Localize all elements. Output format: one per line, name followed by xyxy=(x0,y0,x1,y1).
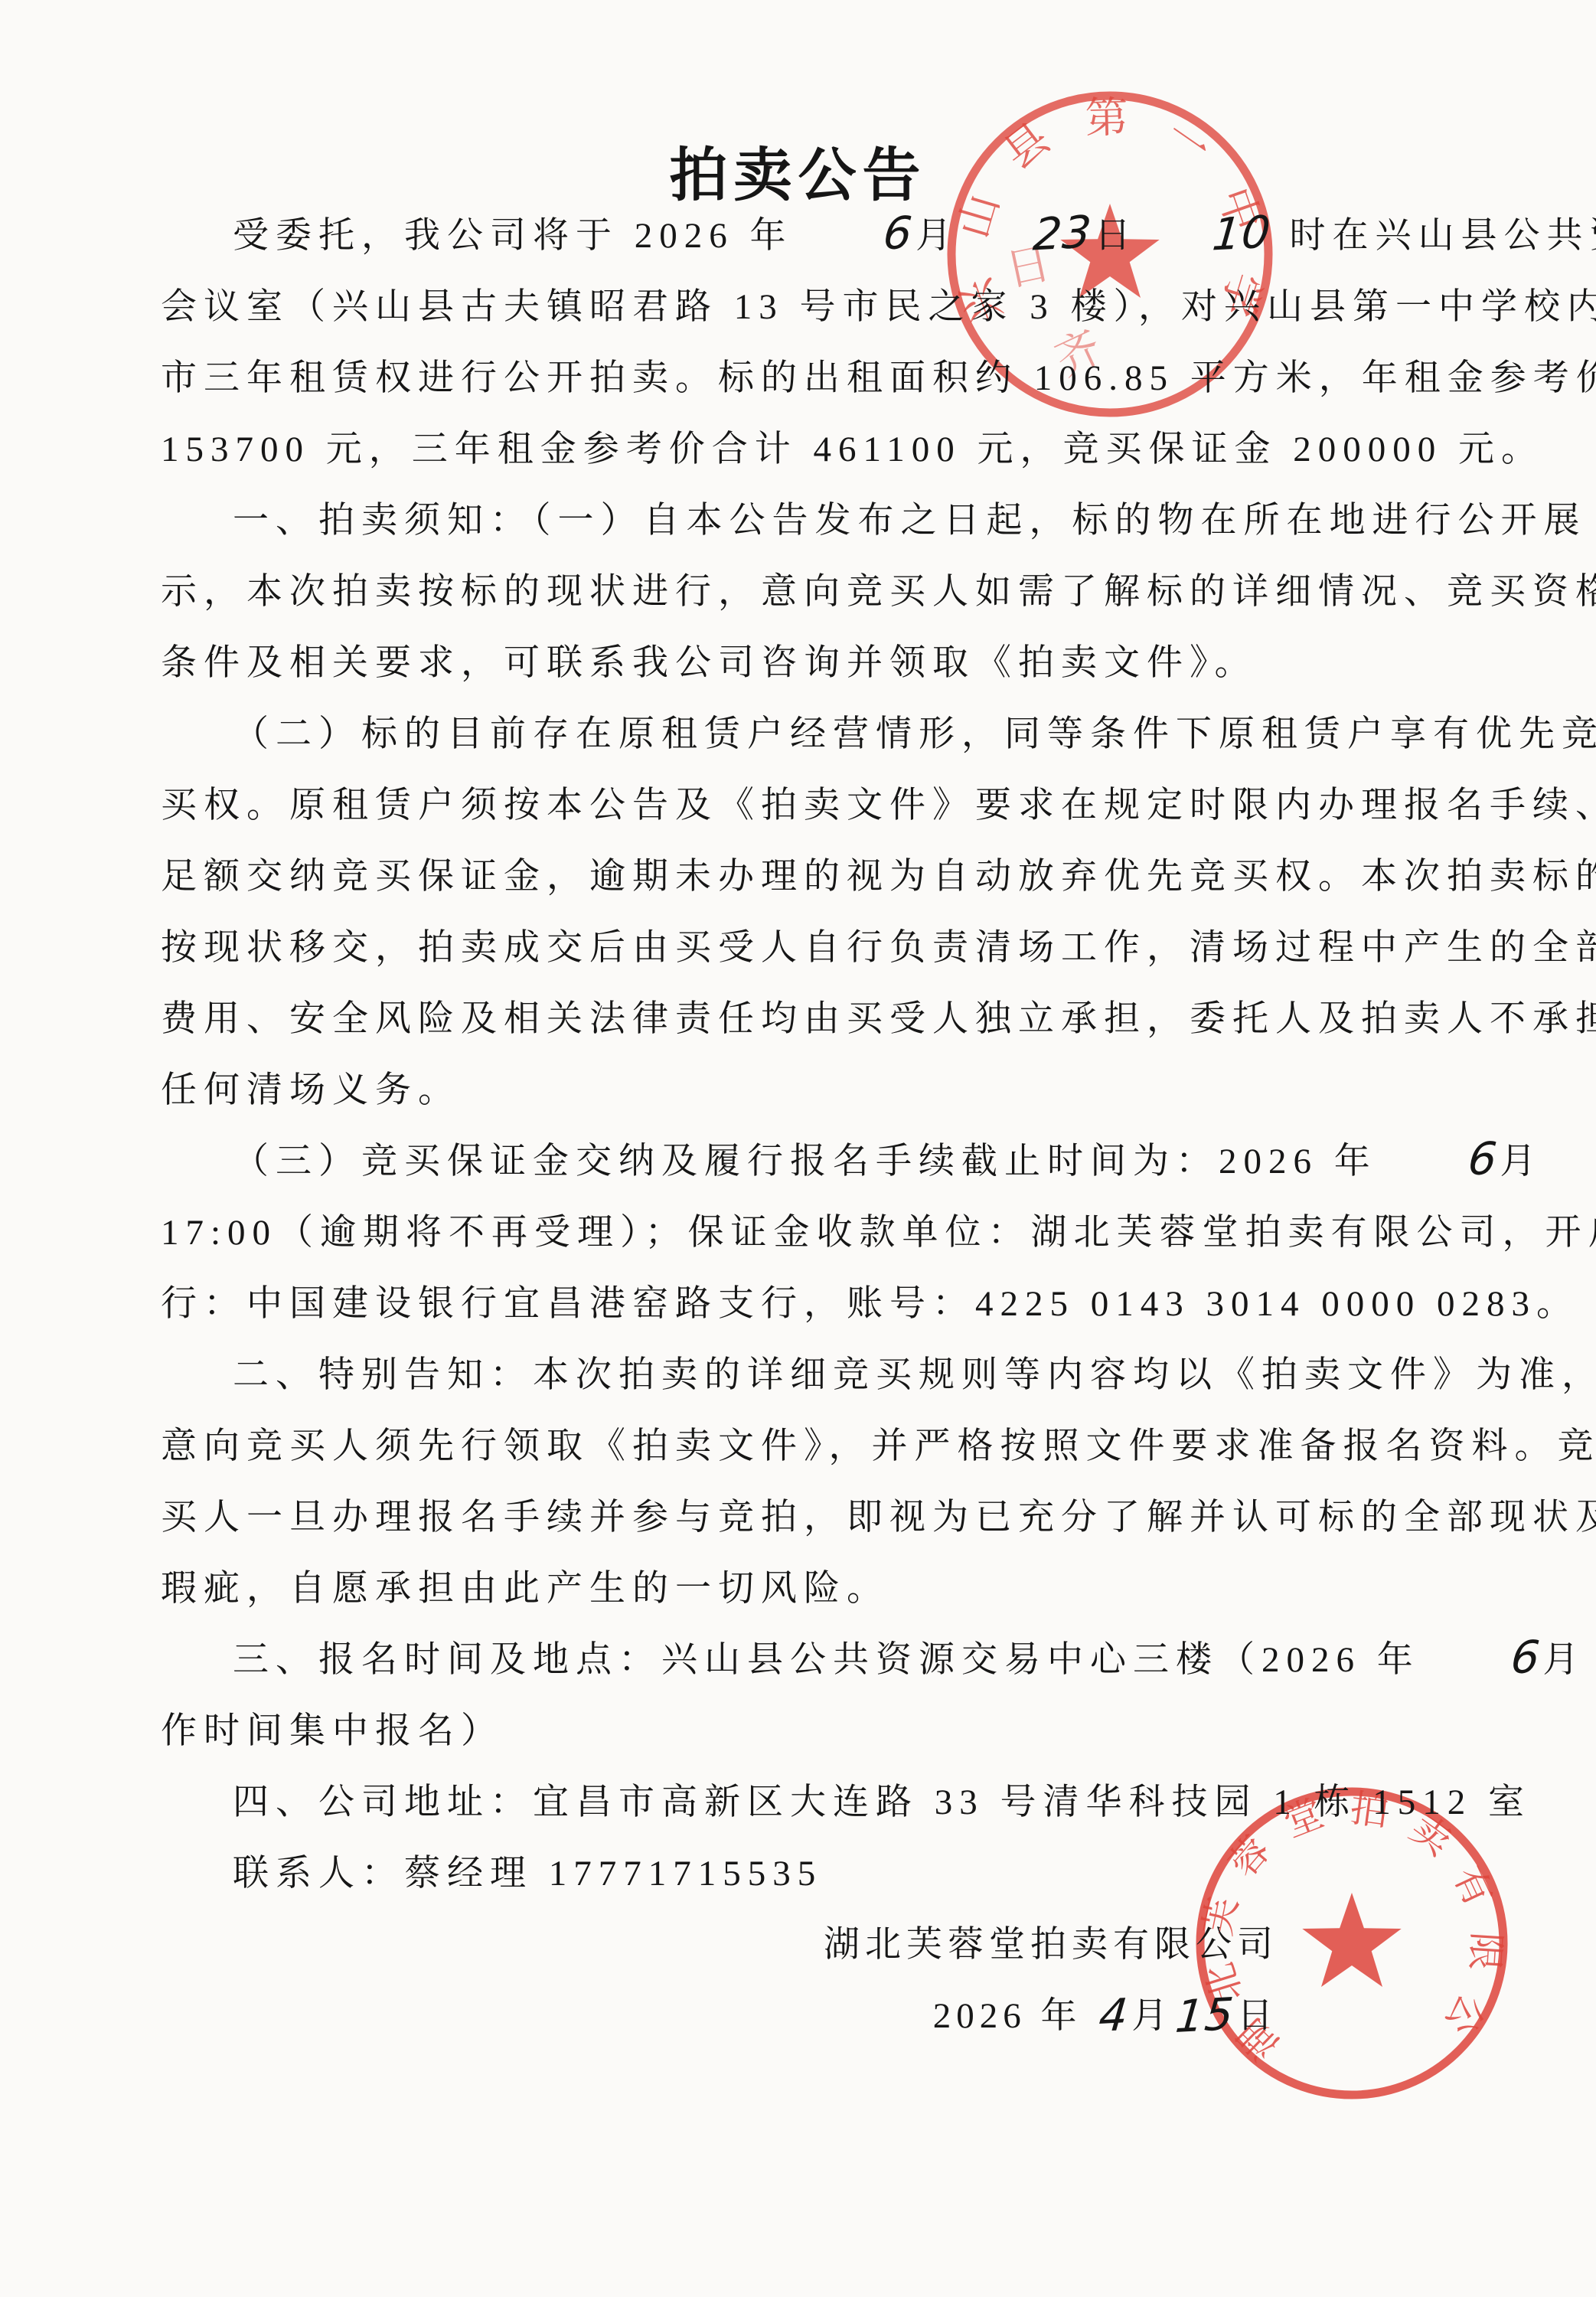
document-line: 受委托，我公司将于 2026 年 6月23日10 时在兴山县公共资源交易中心三楼 xyxy=(161,201,1531,272)
document-line: （二）标的目前存在原租赁户经营情形，同等条件下原租赁户享有优先竞 xyxy=(161,699,1531,770)
document-body: 受委托，我公司将于 2026 年 6月23日10 时在兴山县公共资源交易中心三楼… xyxy=(161,201,1531,2052)
company-signature: 湖北芙蓉堂拍卖有限公司 xyxy=(161,1910,1531,1981)
body-text: 月 xyxy=(1542,1640,1585,1680)
body-text: 月 xyxy=(1131,1996,1173,2036)
document-line: 任何清场义务。 xyxy=(161,1055,1531,1126)
document-line: 意向竞买人须先行领取《拍卖文件》，并严格按照文件要求准备报名资料。竞 xyxy=(161,1411,1531,1482)
document-line: 作时间集中报名） xyxy=(161,1696,1531,1767)
document-line: 行：中国建设银行宜昌港窑路支行，账号：4225 0143 3014 0000 0… xyxy=(161,1269,1531,1340)
handwritten-day: 22 xyxy=(1540,1135,1596,1186)
document-line: 条件及相关要求，可联系我公司咨询并领取《拍卖文件》。 xyxy=(161,628,1531,699)
body-text: 2026 年 xyxy=(933,1996,1097,2036)
handwritten-month: 4 xyxy=(1095,1992,1134,2038)
document-line: 四、公司地址：宜昌市高新区大连路 33 号清华科技园 1 栋 1512 室 xyxy=(161,1767,1531,1838)
handwritten-month: 6 xyxy=(806,210,918,260)
body-text: 三、报名时间及地点：兴山县公共资源交易中心三楼（2026 年 xyxy=(233,1640,1436,1680)
body-text: 月 xyxy=(1500,1142,1542,1181)
document-line: 费用、安全风险及相关法律责任均由买受人独立承担，委托人及拍卖人不承担 xyxy=(161,984,1531,1055)
document-line: 按现状移交，拍卖成交后由买受人自行负责清场工作，清场过程中产生的全部 xyxy=(161,913,1531,984)
document-line: 二、特别告知：本次拍卖的详细竞买规则等内容均以《拍卖文件》为准， xyxy=(161,1340,1531,1411)
document-line: 示，本次拍卖按标的现状进行，意向竞买人如需了解标的详细情况、竞买资格 xyxy=(161,557,1531,628)
body-text: 时在兴山县公共资源交易中心三楼 xyxy=(1274,216,1596,256)
signature-date: 2026 年 4月15日 xyxy=(161,1981,1531,2052)
body-text: （三）竞买保证金交纳及履行报名手续截止时间为：2026 年 xyxy=(233,1142,1393,1181)
document-line: 17:00（逾期将不再受理）；保证金收款单位：湖北芙蓉堂拍卖有限公司，开户 xyxy=(161,1198,1531,1269)
body-text: 日 xyxy=(1237,1996,1278,2036)
body-text: 月 xyxy=(915,216,958,256)
body-text: 受委托，我公司将于 2026 年 xyxy=(233,216,808,256)
handwritten-hour: 10 xyxy=(1135,209,1276,260)
document-line: 足额交纳竞买保证金，逾期未办理的视为自动放弃优先竞买权。本次拍卖标的 xyxy=(161,841,1531,913)
handwritten-day: 23 xyxy=(956,209,1097,260)
document-line: 会议室（兴山县古夫镇昭君路 13 号市民之家 3 楼），对兴山县第一中学校内超 xyxy=(161,272,1531,343)
document-line: 一、拍卖须知：（一）自本公告发布之日起，标的物在所在地进行公开展 xyxy=(161,485,1531,557)
page-title: 拍卖公告 xyxy=(0,129,1596,212)
handwritten-month: 6 xyxy=(1434,1634,1545,1684)
body-text: 日 xyxy=(1095,216,1137,256)
handwritten-day: 15 xyxy=(1170,1991,1239,2039)
document-line: 三、报名时间及地点：兴山县公共资源交易中心三楼（2026 年 6月22日工 xyxy=(161,1625,1531,1696)
document-line: 瑕疵，自愿承担由此产生的一切风险。 xyxy=(161,1554,1531,1625)
document-line: 市三年租赁权进行公开拍卖。标的出租面积约 106.85 平方米，年租金参考价 xyxy=(161,343,1531,414)
document-line: 买权。原租赁户须按本公告及《拍卖文件》要求在规定时限内办理报名手续、 xyxy=(161,770,1531,841)
document-line: 买人一旦办理报名手续并参与竞拍，即视为已充分了解并认可标的全部现状及 xyxy=(161,1482,1531,1554)
document-line: 联系人：蔡经理 17771715535 xyxy=(161,1838,1531,1910)
document-page: 兴山县第一中学 日 齐 湖北芙蓉堂拍卖有限公司 拍卖公告 受委托，我公司将于 2… xyxy=(0,0,1596,2297)
document-line: （三）竞买保证金交纳及履行报名手续截止时间为：2026 年 6月22日 xyxy=(161,1126,1531,1198)
document-line: 153700 元，三年租金参考价合计 461100 元，竞买保证金 200000… xyxy=(161,414,1531,485)
handwritten-month: 6 xyxy=(1391,1135,1503,1185)
